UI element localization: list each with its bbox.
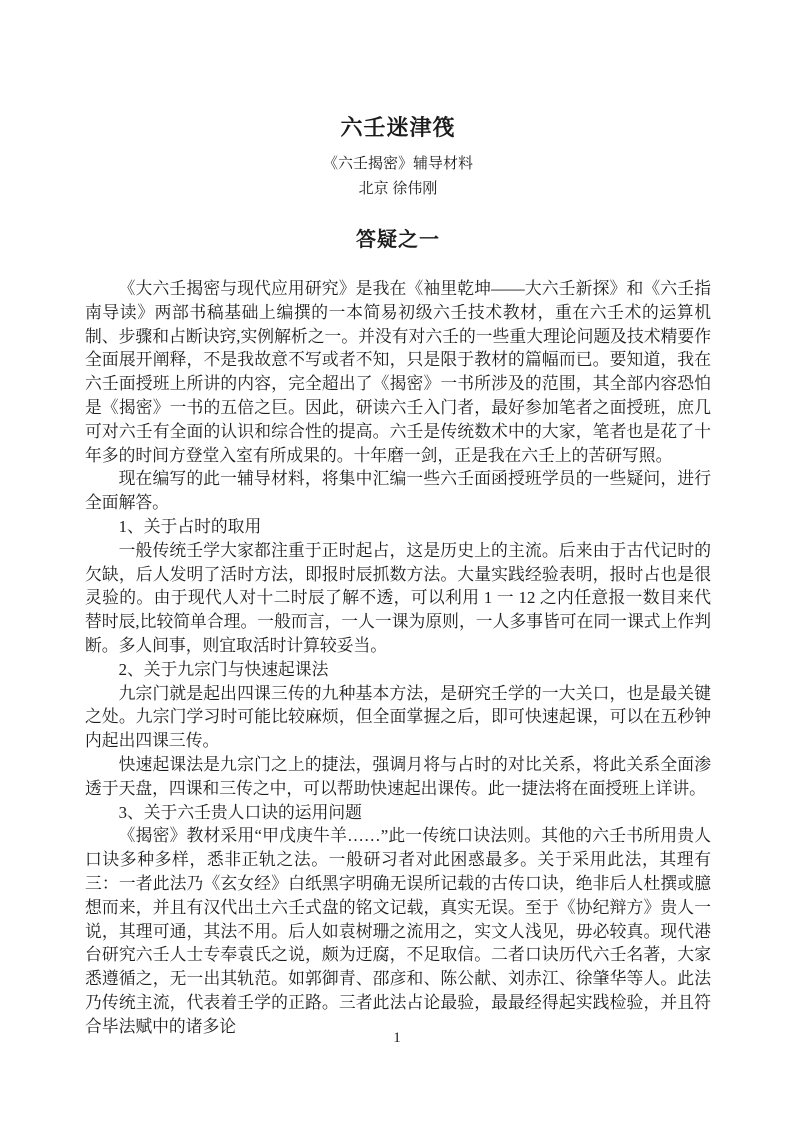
document-title: 六壬迷津筏	[85, 112, 711, 144]
numbered-item-heading: 2、关于九宗门与快速起课法	[85, 658, 711, 682]
document-content: 六壬迷津筏 《六壬揭密》辅导材料 北京 徐伟刚 答疑之一 《大六壬揭密与现代应用…	[85, 112, 711, 1039]
body-paragraph: 《揭密》教材采用“甲戊庚牛羊……”此一传统口诀法则。其他的六壬书所用贵人口诀多种…	[85, 824, 711, 1038]
body-paragraph: 《大六壬揭密与现代应用研究》是我在《袖里乾坤——大六壬新探》和《六壬指南导读》两…	[85, 277, 711, 467]
body-paragraph: 快速起课法是九宗门之上的捷法，强调月将与占时的对比关系，将此关系全面渗透于天盘，…	[85, 753, 711, 801]
body-paragraph: 九宗门就是起出四课三传的九种基本方法，是研究壬学的一大关口，也是最关键之处。九宗…	[85, 682, 711, 753]
numbered-item-heading: 3、关于六壬贵人口诀的运用问题	[85, 801, 711, 825]
page-number: 1	[0, 1028, 794, 1048]
document-body: 《大六壬揭密与现代应用研究》是我在《袖里乾坤——大六壬新探》和《六壬指南导读》两…	[85, 277, 711, 1039]
numbered-item-heading: 1、关于占时的取用	[85, 515, 711, 539]
document-author: 北京 徐伟刚	[85, 177, 711, 201]
body-paragraph: 一般传统壬学大家都注重于正时起占，这是历史上的主流。后来由于古代记时的欠缺，后人…	[85, 539, 711, 658]
section-heading: 答疑之一	[85, 226, 711, 254]
document-page: 六壬迷津筏 《六壬揭密》辅导材料 北京 徐伟刚 答疑之一 《大六壬揭密与现代应用…	[0, 0, 794, 1122]
body-paragraph: 现在编写的此一辅导材料，将集中汇编一些六壬面函授班学员的一些疑问，进行全面解答。	[85, 467, 711, 515]
document-subtitle: 《六壬揭密》辅导材料	[85, 152, 711, 176]
